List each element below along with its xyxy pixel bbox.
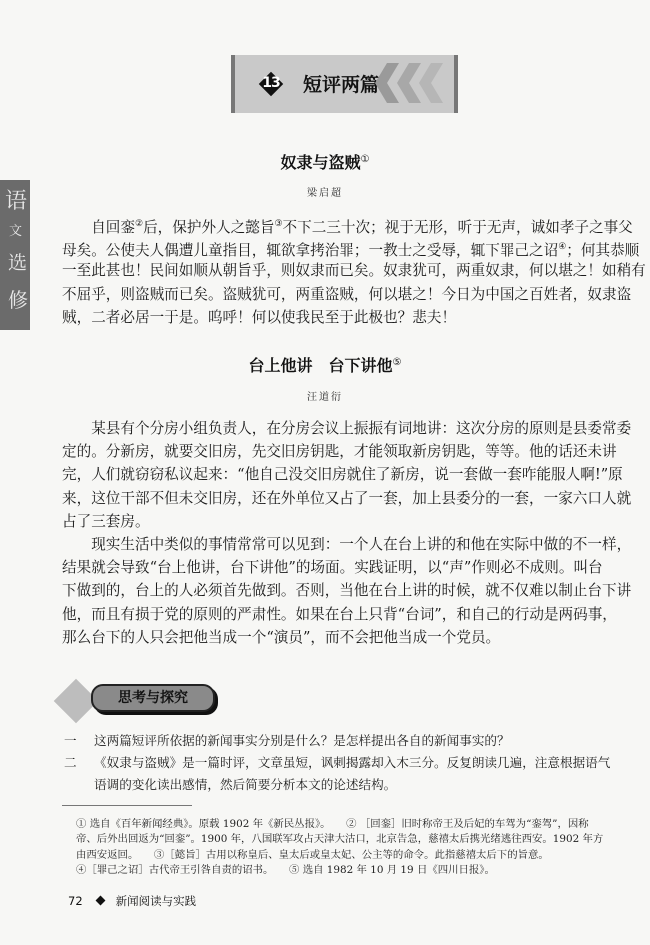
lesson-title: 短评两篇 [303,70,379,97]
lesson-banner: 13 短评两篇 [231,55,458,113]
side-tab-yuwen-xuanxiu: 语 文 选 修 [0,180,30,330]
text-line: 占了三套房。 [62,510,596,533]
side-tab-char: 选 [8,248,27,275]
article-title: 台上他讲 台下讲他⑤ [0,353,650,376]
text-line: 他，而且有损于党的原则的严肃性。如果在台上只背“台词”，和自己的行动是两码事， [62,603,596,626]
footnote-line: ① 选自《百年新闻经典》。原载 1902 年《新民丛报》。 ② ［回銮］旧时称帝… [76,817,616,832]
exercise-item: 二 《奴隶与盗贼》是一篇时评，文章虽短，讽刺揭露却入木三分。反复朗读几遍，注意根… [94,752,614,796]
text-line: 母矣。公使夫人偶遭儿童指目，辄欲拿拷治罪；一教士之受辱，辄下罪己之诏④；何其恭顺 [62,236,596,259]
text-line: 那么台下的人只会把他当成一个“演员”，而不会把他当成一个党员。 [62,626,596,649]
book-title: 新闻阅读与实践 [116,894,197,908]
article-paragraph: 现实生活中类似的事情常常可以见到：一个人在台上讲的和他在实际中做的不一样， 结果… [62,533,596,649]
exercise-number: 一 [64,730,77,752]
page-footer: 72新闻阅读与实践 [68,893,196,909]
footnote-ref[interactable]: ① [361,154,370,165]
article-paragraph: 某县有个分房小组负责人，在分房会议上振振有词地讲：这次分房的原则是县委常委 定的… [62,417,596,533]
footnote-divider [62,805,192,806]
text-line: 某县有个分房小组负责人，在分房会议上振振有词地讲：这次分房的原则是县委常委 [62,417,596,440]
footnote-line: ④［罪己之诏］古代帝王引咎自责的诏书。 ⑤ 选自 1982 年 10 月 19 … [76,863,616,878]
text-line: 现实生活中类似的事情常常可以见到：一个人在台上讲的和他在实际中做的不一样， [62,533,596,556]
footnote-ref[interactable]: ③ [274,219,282,229]
text-line: 语调的变化读出感情，然后简要分析本文的论述结构。 [94,774,614,796]
lesson-number-badge: 13 [259,72,283,96]
side-tab-char: 修 [8,284,28,313]
article-title: 奴隶与盗贼① [0,150,650,173]
text-line: 定的。分新房，就要交旧房，先交旧房钥匙，才能领取新房钥匙，等等。他的话还未讲 [62,440,596,463]
footnote-ref[interactable]: ② [135,219,143,229]
article-paragraph: 自回銮②后，保护外人之懿旨③不下二三十次；视于无形，听于无声，诚如孝子之事父 母… [62,213,596,329]
footnote-line: 帝、后外出回返为“回銮”。1900 年，八国联军攻占天津大沽口，北京告急，慈禧太… [76,832,616,847]
article-author: 梁启超 [0,184,650,199]
chevrons-icon [375,61,453,105]
footnote-ref[interactable]: ⑤ [393,357,402,368]
text-line: 不屈乎，则盗贼而已矣。盗贼犹可，两重盗贼，何以堪之！今日为中国之百姓者，奴隶盗 [62,283,596,306]
side-tab-char: 文 [9,220,22,239]
exercise-item: 一 这两篇短评所依据的新闻事实分别是什么？是怎样提出各自的新闻事实的？ [94,730,614,752]
text-line: 完，人们就窃窃私议起来：“他自己没交旧房就住了新房，说一套做一套咋能服人啊!”原 [62,463,596,486]
text-line: 来，这位干部不但未交旧房，还在外单位又占了一套，加上县委分的一套，一家六口人就 [62,487,596,510]
exercises-header-label: 思考与探究 [91,684,215,712]
text-line: 贼，二者必居一于是。呜呼！何以使我民至于此极也？悲夫！ [62,306,596,329]
text-line: 自回銮②后，保护外人之懿旨③不下二三十次；视于无形，听于无声，诚如孝子之事父 [62,213,596,236]
exercise-number: 二 [64,752,77,774]
footnote-line: 由西安返回。 ③［懿旨］古用以称皇后、皇太后或皇太妃、公主等的命令。此指慈禧太后… [76,848,616,863]
page-number: 72 [68,894,83,908]
footnotes: ① 选自《百年新闻经典》。原载 1902 年《新民丛报》。 ② ［回銮］旧时称帝… [76,817,616,878]
exercises-header: 思考与探究 [55,672,205,722]
text-line: 一至此甚也！民间如顺从朝旨乎，则奴隶而已矣。奴隶犹可，两重奴隶，何以堪之！如稍有 [62,259,596,282]
text-line: 下做到的，台上的人必须首先做到。否则，当他在台上讲的时候，就不仅难以制止台下讲 [62,579,596,602]
text-line: 结果就会导致“台上他讲，台下讲他”的场面。实践证明，以“声”作则必不成则。叫台 [62,556,596,579]
text-line: 这两篇短评所依据的新闻事实分别是什么？是怎样提出各自的新闻事实的？ [94,730,614,752]
text-line: 《奴隶与盗贼》是一篇时评，文章虽短，讽刺揭露却入木三分。反复朗读几遍，注意根据语… [94,752,614,774]
article-author: 汪道衍 [0,388,650,403]
diamond-bullet-icon [95,896,105,906]
